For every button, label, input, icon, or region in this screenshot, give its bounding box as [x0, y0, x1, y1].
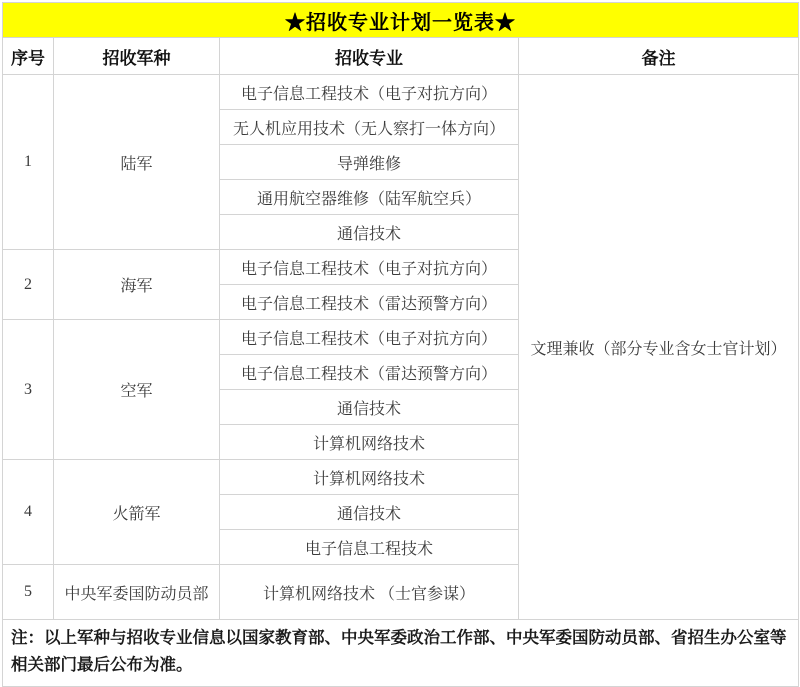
table-row: 1 陆军 电子信息工程技术（电子对抗方向） 文理兼收（部分专业含女士官计划）	[3, 75, 799, 110]
major-cell: 导弹维修	[220, 145, 519, 180]
major-cell: 电子信息工程技术（雷达预警方向）	[220, 285, 519, 320]
major-cell: 通用航空器维修（陆军航空兵）	[220, 180, 519, 215]
group-5-branch-cell: 中央军委国防动员部	[54, 565, 220, 620]
remarks-merged-cell: 文理兼收（部分专业含女士官计划）	[519, 75, 799, 620]
major-cell: 电子信息工程技术（电子对抗方向）	[220, 75, 519, 110]
group-1-branch-cell: 陆军	[54, 75, 220, 250]
header-col-note: 备注	[519, 38, 799, 75]
group-4-branch-cell: 火箭军	[54, 460, 220, 565]
group-3-index-cell: 3	[3, 320, 54, 460]
header-col-index: 序号	[3, 38, 54, 75]
major-cell: 通信技术	[220, 390, 519, 425]
page-title: ★招收专业计划一览表★	[3, 3, 799, 38]
major-cell: 计算机网络技术 （士官参谋）	[220, 565, 519, 620]
major-cell: 电子信息工程技术（电子对抗方向）	[220, 250, 519, 285]
major-cell: 计算机网络技术	[220, 425, 519, 460]
group-2-index-cell: 2	[3, 250, 54, 320]
header-col-major: 招收专业	[220, 38, 519, 75]
footnote-row: 注：以上军种与招收专业信息以国家教育部、中央军委政治工作部、中央军委国防动员部、…	[3, 620, 799, 687]
major-cell: 通信技术	[220, 215, 519, 250]
group-2-branch-cell: 海军	[54, 250, 220, 320]
group-1-index-cell: 1	[3, 75, 54, 250]
major-cell: 计算机网络技术	[220, 460, 519, 495]
major-cell: 通信技术	[220, 495, 519, 530]
recruitment-plan-table: ★招收专业计划一览表★ 序号 招收军种 招收专业 备注 1 陆军 电子信息工程技…	[2, 2, 799, 687]
major-cell: 电子信息工程技术（雷达预警方向）	[220, 355, 519, 390]
group-4-index-cell: 4	[3, 460, 54, 565]
header-col-branch: 招收军种	[54, 38, 220, 75]
major-cell: 电子信息工程技术（电子对抗方向）	[220, 320, 519, 355]
major-cell: 无人机应用技术（无人察打一体方向）	[220, 110, 519, 145]
major-cell: 电子信息工程技术	[220, 530, 519, 565]
header-row: 序号 招收军种 招收专业 备注	[3, 38, 799, 75]
title-row: ★招收专业计划一览表★	[3, 3, 799, 38]
group-5-index-cell: 5	[3, 565, 54, 620]
group-3-branch-cell: 空军	[54, 320, 220, 460]
footnote: 注：以上军种与招收专业信息以国家教育部、中央军委政治工作部、中央军委国防动员部、…	[3, 620, 799, 687]
